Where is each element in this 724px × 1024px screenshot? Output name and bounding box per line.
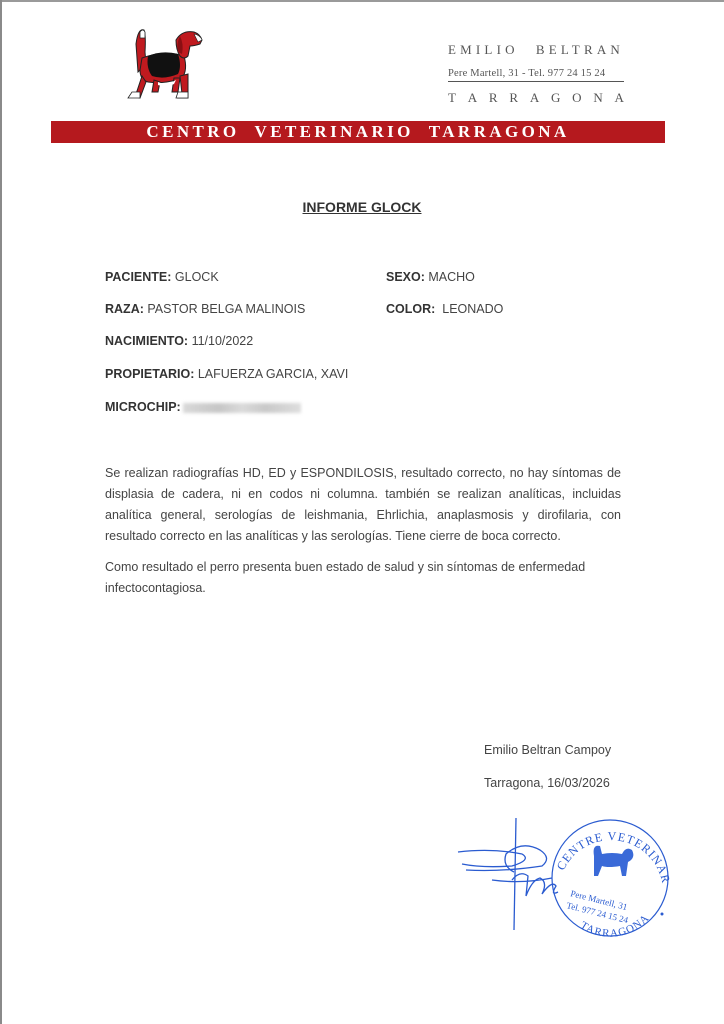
clinic-stamp: CENTRE VETERINARI TARRAGONA Pere Martell… xyxy=(452,810,673,940)
field-label: MICROCHIP: xyxy=(105,400,181,414)
city-letter: A xyxy=(530,90,539,106)
place-date: Tarragona, 16/03/2026 xyxy=(484,776,610,790)
city-letter: O xyxy=(572,90,581,106)
field-raza: RAZA: PASTOR BELGA MALINOIS xyxy=(105,302,305,316)
field-value: 11/10/2022 xyxy=(188,334,253,348)
letterhead: EMILIO BELTRAN Pere Martell, 31 - Tel. 9… xyxy=(448,42,624,106)
redacted-microchip xyxy=(183,403,301,413)
report-paragraph: Se realizan radiografías HD, ED y ESPOND… xyxy=(105,463,621,547)
beagle-dog-icon xyxy=(118,22,208,102)
document-title: INFORME GLOCK xyxy=(0,199,724,215)
field-nacimiento: NACIMIENTO: 11/10/2022 xyxy=(105,334,253,348)
field-microchip: MICROCHIP: xyxy=(105,400,301,414)
field-label: COLOR: xyxy=(386,302,435,316)
page-edge-left xyxy=(0,0,2,1024)
page-edge-top xyxy=(0,0,724,2)
field-value: MACHO xyxy=(425,270,475,284)
city-letter: A xyxy=(468,90,477,106)
field-value: LAFUERZA GARCIA, XAVI xyxy=(194,367,348,381)
field-paciente: PACIENTE: GLOCK xyxy=(105,270,219,284)
field-label: PACIENTE: xyxy=(105,270,171,284)
field-color: COLOR: LEONADO xyxy=(386,302,503,316)
field-value: PASTOR BELGA MALINOIS xyxy=(144,302,305,316)
city-letter: R xyxy=(489,90,498,106)
vet-first-name: EMILIO xyxy=(448,42,519,58)
svg-text:CENTRE VETERINARI: CENTRE VETERINARI xyxy=(452,810,673,885)
clinic-banner: CENTRO VETERINARIO TARRAGONA xyxy=(51,121,665,143)
field-label: RAZA: xyxy=(105,302,144,316)
field-label: SEXO: xyxy=(386,270,425,284)
field-value: GLOCK xyxy=(171,270,218,284)
clinic-address: Pere Martell, 31 - Tel. 977 24 15 24 xyxy=(448,68,624,82)
clinic-city: T A R R A G O N A xyxy=(448,90,624,106)
vet-last-name: BELTRAN xyxy=(536,42,624,58)
city-letter: A xyxy=(615,90,624,106)
field-sexo: SEXO: MACHO xyxy=(386,270,475,284)
signature-stamp-icon: CENTRE VETERINARI TARRAGONA Pere Martell… xyxy=(452,810,682,945)
vet-name: EMILIO BELTRAN xyxy=(448,42,624,58)
city-letter: N xyxy=(593,90,602,106)
signer-name: Emilio Beltran Campoy xyxy=(484,743,611,757)
field-label: NACIMIENTO: xyxy=(105,334,188,348)
field-propietario: PROPIETARIO: LAFUERZA GARCIA, XAVI xyxy=(105,367,348,381)
city-letter: R xyxy=(509,90,518,106)
city-letter: G xyxy=(551,90,560,106)
document-title-text: INFORME GLOCK xyxy=(303,199,422,215)
field-label: PROPIETARIO: xyxy=(105,367,194,381)
signature-icon xyxy=(458,818,558,930)
city-letter: T xyxy=(448,90,456,106)
field-value: LEONADO xyxy=(435,302,503,316)
conclusion-paragraph: Como resultado el perro presenta buen es… xyxy=(105,557,621,599)
